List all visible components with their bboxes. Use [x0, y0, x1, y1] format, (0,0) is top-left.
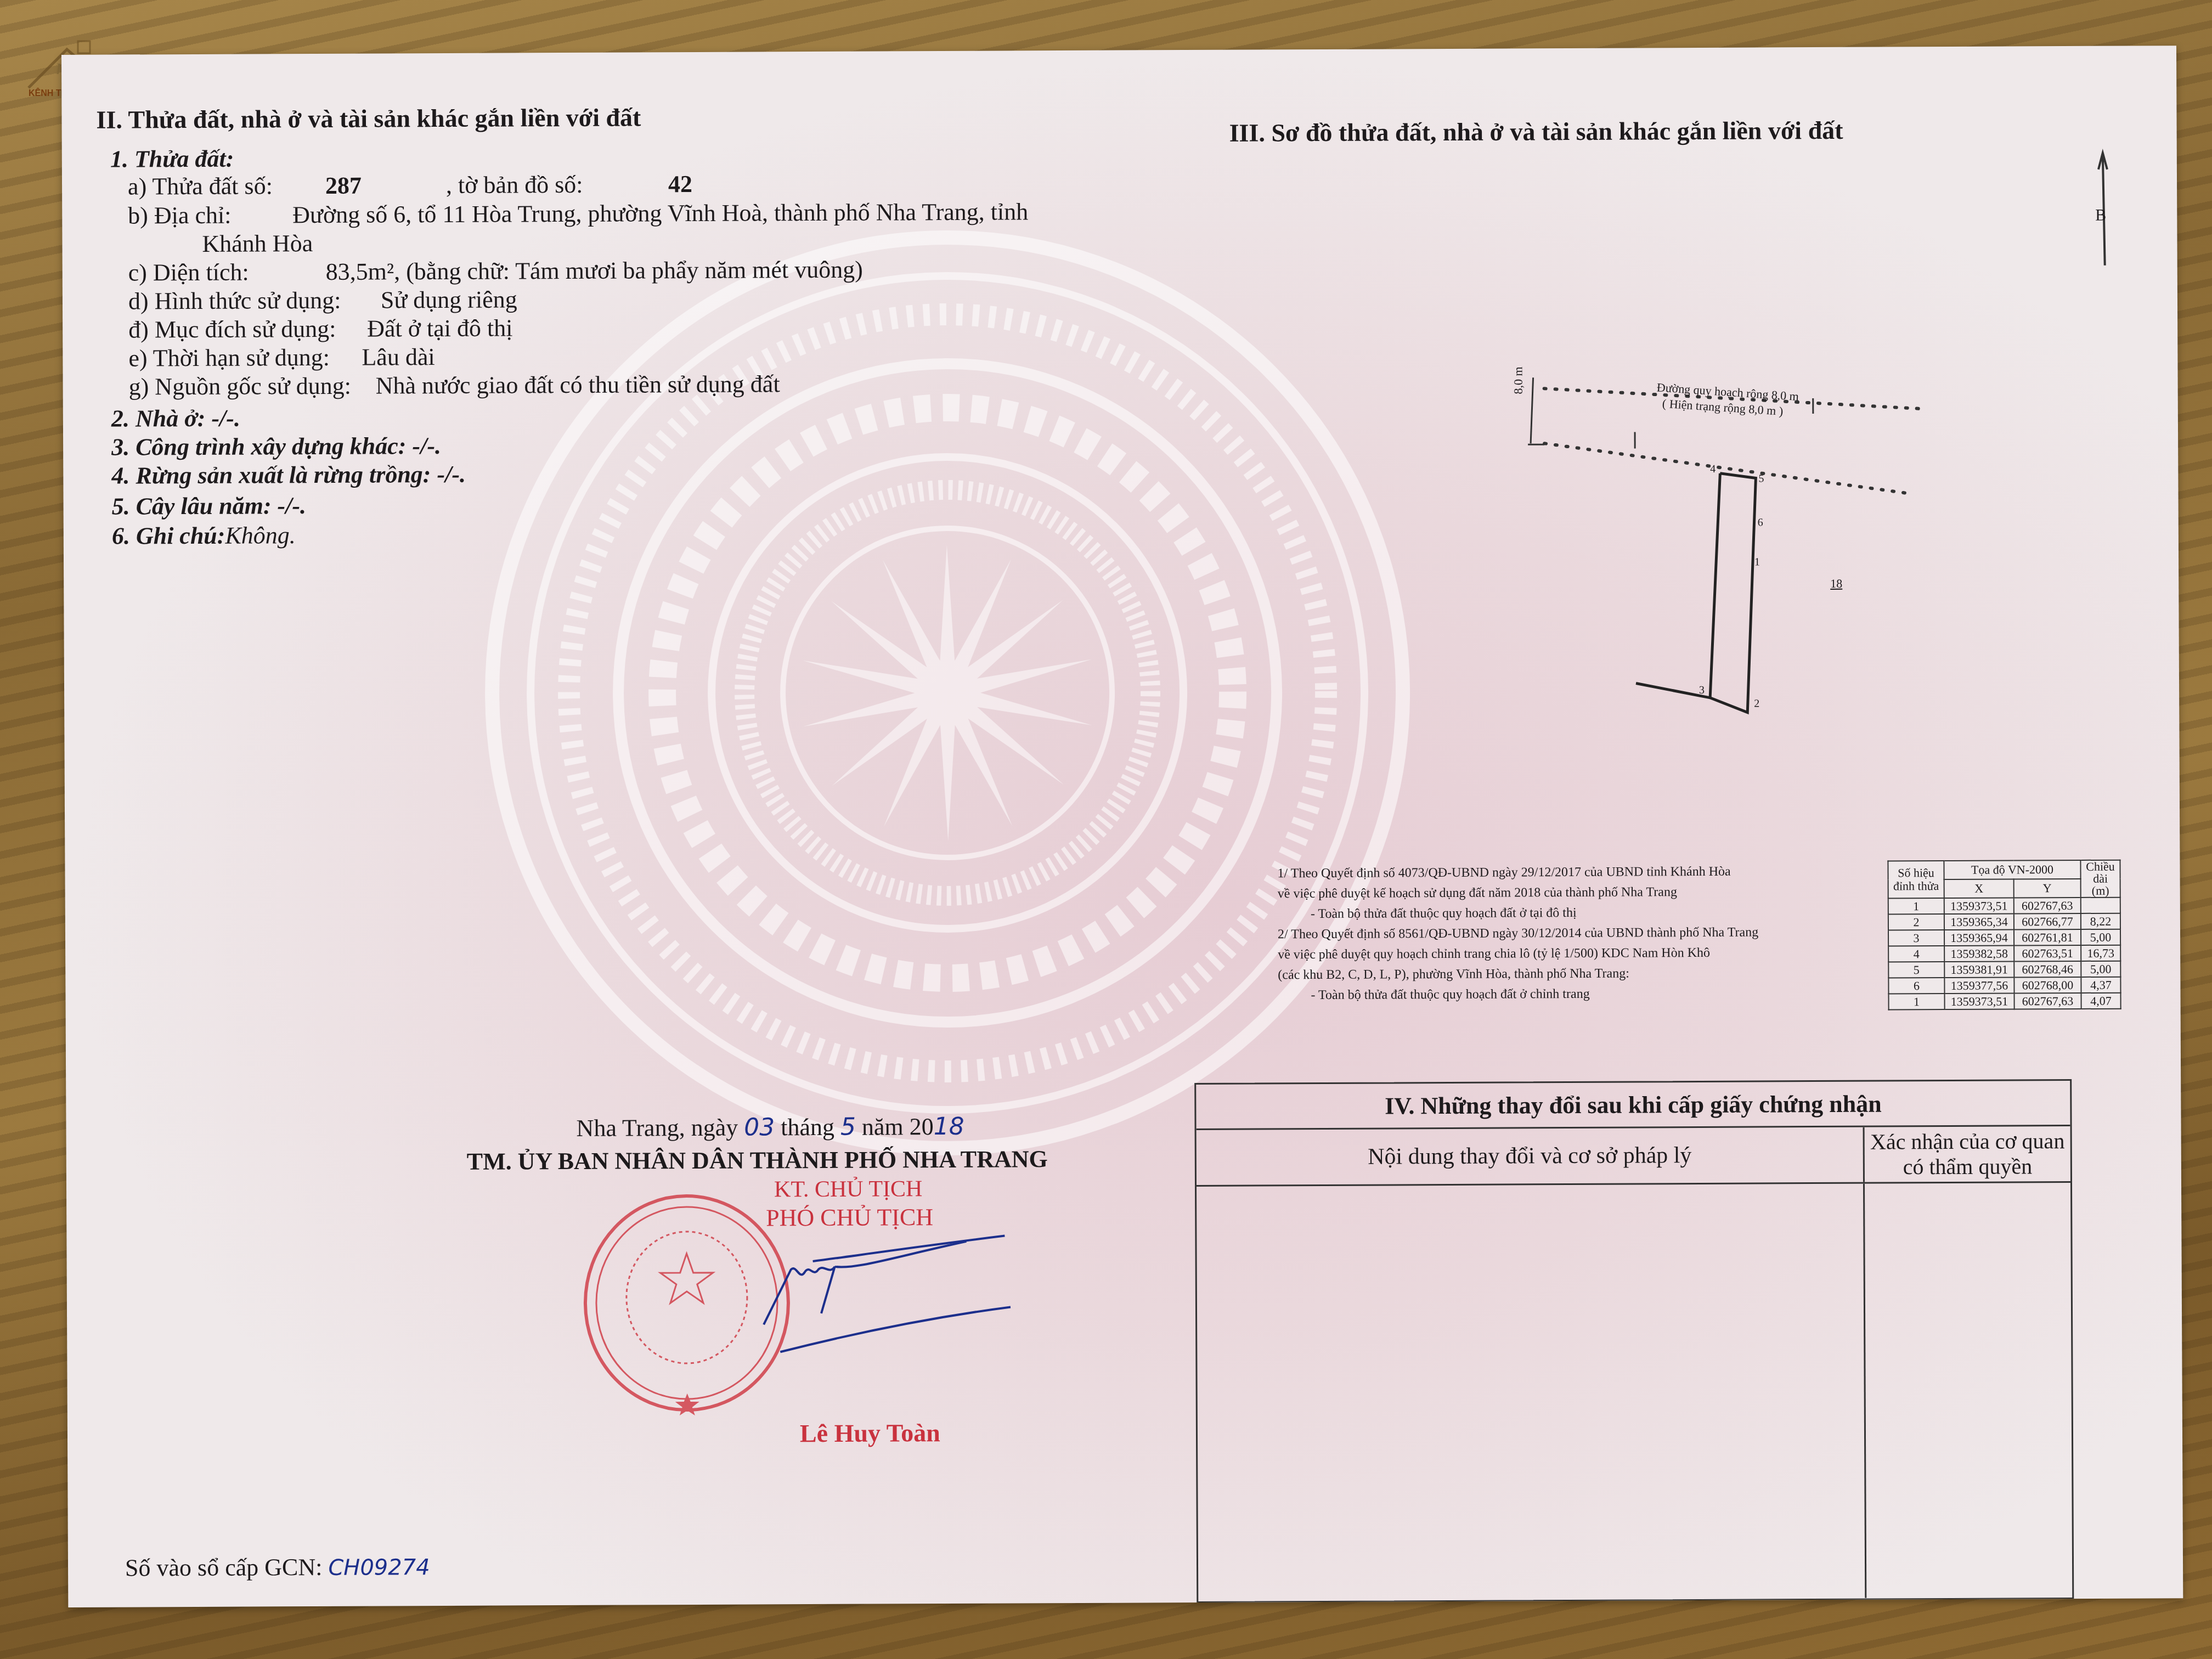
cell-x: 1359373,51	[1944, 993, 2014, 1009]
cell-y: 602768,46	[2014, 961, 2081, 978]
cell-vertex: 1	[1888, 898, 1944, 914]
coordinate-table: Số hiệu đỉnh thửa Tọa độ VN-2000 Chiều d…	[1887, 860, 2121, 1011]
signature-stroke	[763, 1235, 1011, 1352]
coordinate-row: 31359365,94602761,815,00	[1888, 929, 2120, 946]
cell-length: 5,00	[2081, 961, 2120, 977]
cell-x: 1359382,58	[1944, 945, 2014, 962]
parcel-sketch	[61, 46, 2180, 878]
date-day: 03	[744, 1113, 775, 1141]
cell-y: 602767,63	[2014, 993, 2081, 1009]
neighbor-parcel-number: 18	[1830, 577, 1842, 591]
cell-length: 4,37	[2081, 977, 2120, 993]
road-width-dim: 8,0 m	[1511, 366, 1526, 394]
note-line: về việc phê duyệt kế hoạch sử dụng đất n…	[1278, 882, 1758, 905]
vertex-6: 6	[1758, 516, 1763, 529]
cell-x: 1359365,34	[1944, 913, 2014, 930]
registry-label: Số vào sổ cấp GCN:	[125, 1554, 323, 1582]
cell-length: 5,00	[2081, 929, 2120, 945]
changes-table: IV. Những thay đổi sau khi cấp giấy chứn…	[1194, 1079, 2074, 1603]
confirmation-header-line2: có thẩm quyền	[1870, 1154, 2065, 1180]
cell-length: 16,73	[2081, 945, 2120, 961]
cell-length: 4,07	[2081, 993, 2120, 1009]
cell-y: 602768,00	[2014, 977, 2081, 994]
date-month-label: tháng	[781, 1114, 834, 1141]
vertex-3: 3	[1699, 684, 1705, 697]
cell-vertex: 2	[1888, 914, 1944, 930]
cell-length	[2081, 898, 2120, 913]
header-vertex: Số hiệu đỉnh thửa	[1888, 861, 1944, 898]
planning-notes: 1/ Theo Quyết định số 4073/QĐ-UBND ngày …	[1277, 862, 1758, 1006]
changes-content-header: Nội dung thay đổi và cơ sở pháp lý	[1197, 1127, 1865, 1185]
note-line: (các khu B2, C, D, L, P), phường Vĩnh Hò…	[1278, 963, 1758, 986]
cell-vertex: 1	[1888, 994, 1944, 1009]
signer-name: Lê Huy Toàn	[800, 1418, 940, 1448]
cell-x: 1359365,94	[1944, 929, 2014, 946]
cell-x: 1359373,51	[1944, 898, 2014, 914]
coordinate-row: 11359373,51602767,63	[1888, 898, 2120, 915]
coordinate-row: 51359381,91602768,465,00	[1888, 961, 2120, 978]
cell-y: 602763,51	[2014, 945, 2081, 962]
header-length: Chiều dài (m)	[2080, 860, 2120, 898]
cell-y: 602761,81	[2014, 929, 2081, 946]
coordinate-row: 61359377,56602768,004,37	[1888, 977, 2120, 994]
date-year-suffix: 18	[934, 1113, 964, 1141]
note-line: 2/ Theo Quyết định số 8561/QĐ-UBND ngày …	[1278, 923, 1758, 945]
header-x: X	[1944, 879, 2014, 898]
vertex-4: 4	[1710, 463, 1716, 476]
date-prefix: Nha Trang, ngày	[576, 1114, 738, 1142]
date-year-label: năm 20	[862, 1113, 934, 1141]
cell-vertex: 6	[1888, 978, 1944, 994]
note-line: - Toàn bộ thửa đất thuộc quy hoạch đất ở…	[1278, 984, 1758, 1006]
registry-number: CH09274	[328, 1555, 430, 1581]
vertex-5: 5	[1758, 472, 1764, 485]
note-line: - Toàn bộ thửa đất thuộc quy hoạch đất ở…	[1278, 902, 1758, 925]
cell-y: 602766,77	[2014, 913, 2081, 930]
north-label: B	[2095, 206, 2106, 225]
cell-x: 1359377,56	[1944, 977, 2014, 994]
cell-length: 8,22	[2081, 913, 2120, 929]
coordinate-row: 11359373,51602767,634,07	[1888, 993, 2120, 1010]
vertex-1: 1	[1754, 556, 1760, 568]
header-system: Tọa độ VN-2000	[1944, 860, 2080, 879]
changes-confirmation-header: Xác nhận của cơ quancó thẩm quyền	[1865, 1126, 2070, 1182]
confirmation-header-line1: Xác nhận của cơ quan	[1870, 1128, 2065, 1155]
cell-x: 1359381,91	[1944, 961, 2014, 978]
date-month: 5	[840, 1113, 856, 1141]
red-seal-icon	[585, 1195, 789, 1416]
section4-title: IV. Những thay đổi sau khi cấp giấy chứn…	[1196, 1081, 2070, 1130]
cell-y: 602767,63	[2014, 898, 2081, 914]
header-y: Y	[2014, 879, 2081, 898]
note-line: 1/ Theo Quyết định số 4073/QĐ-UBND ngày …	[1277, 862, 1758, 884]
vertex-2: 2	[1754, 698, 1759, 710]
coordinate-row: 41359382,58602763,5116,73	[1888, 945, 2120, 962]
cell-vertex: 4	[1888, 946, 1944, 962]
land-certificate-page: II. Thửa đất, nhà ở và tài sản khác gắn …	[61, 46, 2183, 1607]
note-line: về việc phê duyệt quy hoạch chỉnh trang …	[1278, 943, 1758, 966]
cell-vertex: 3	[1888, 930, 1944, 946]
official-seal-and-signature	[571, 1170, 1022, 1446]
coordinate-row: 21359365,34602766,778,22	[1888, 913, 2120, 930]
cell-vertex: 5	[1888, 962, 1944, 978]
changes-content-cell	[1197, 1184, 1866, 1601]
